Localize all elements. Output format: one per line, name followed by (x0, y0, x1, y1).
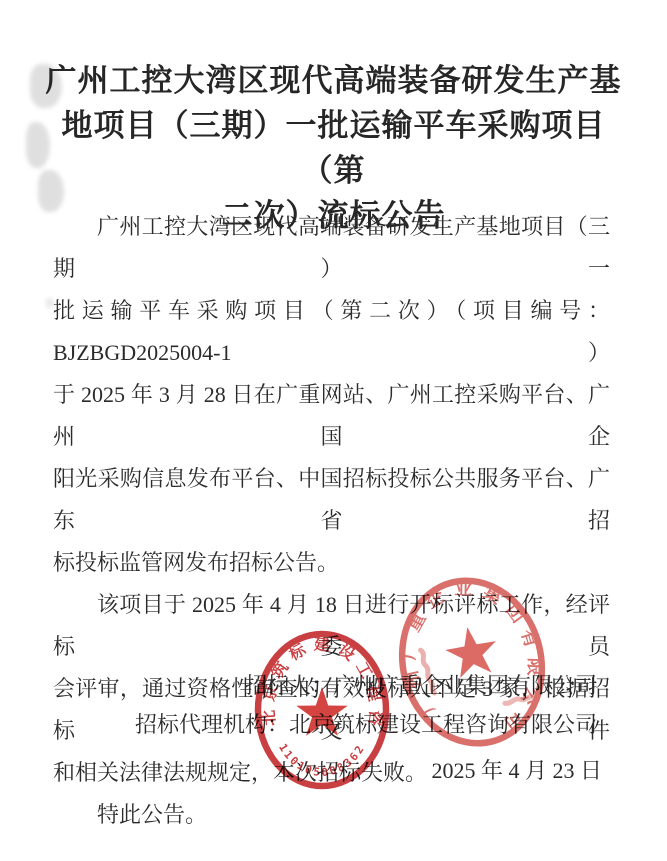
signature-agency-line: 招标代理机构：北京筑标建设工程咨询有限公司 (135, 710, 597, 740)
title-line-2: 地项目（三期）一批运输平车采购项目（第 (36, 103, 631, 193)
body-line: 特此公告。 (53, 794, 610, 836)
body-line: 批运输平车采购项目（第二次）（项目编号：BJZBGD2025004-1） (53, 290, 610, 374)
signature-bidder-line: 招标人：广州广重企业集团有限公司 (245, 671, 597, 701)
announcement-document: 广州工控大湾区现代高端装备研发生产基 地项目（三期）一批运输平车采购项目（第 二… (0, 0, 667, 861)
body-line: 该项目于 2025 年 4 月 18 日进行开标评标工作，经评标委员 (53, 584, 610, 668)
document-body: 广州工控大湾区现代高端装备研发生产基地项目（三期）一 批运输平车采购项目（第二次… (53, 206, 610, 836)
body-line: 于 2025 年 3 月 28 日在广重网站、广州工控采购平台、广州国企 (53, 374, 610, 458)
body-line: 阳光采购信息发布平台、中国招标投标公共服务平台、广东省招 (53, 458, 610, 542)
title-line-1: 广州工控大湾区现代高端装备研发生产基 (36, 58, 631, 103)
signature-date: 2025 年 4 月 23 日 (431, 756, 602, 786)
body-line: 标投标监管网发布招标公告。 (53, 542, 610, 584)
body-line: 广州工控大湾区现代高端装备研发生产基地项目（三期）一 (53, 206, 610, 290)
